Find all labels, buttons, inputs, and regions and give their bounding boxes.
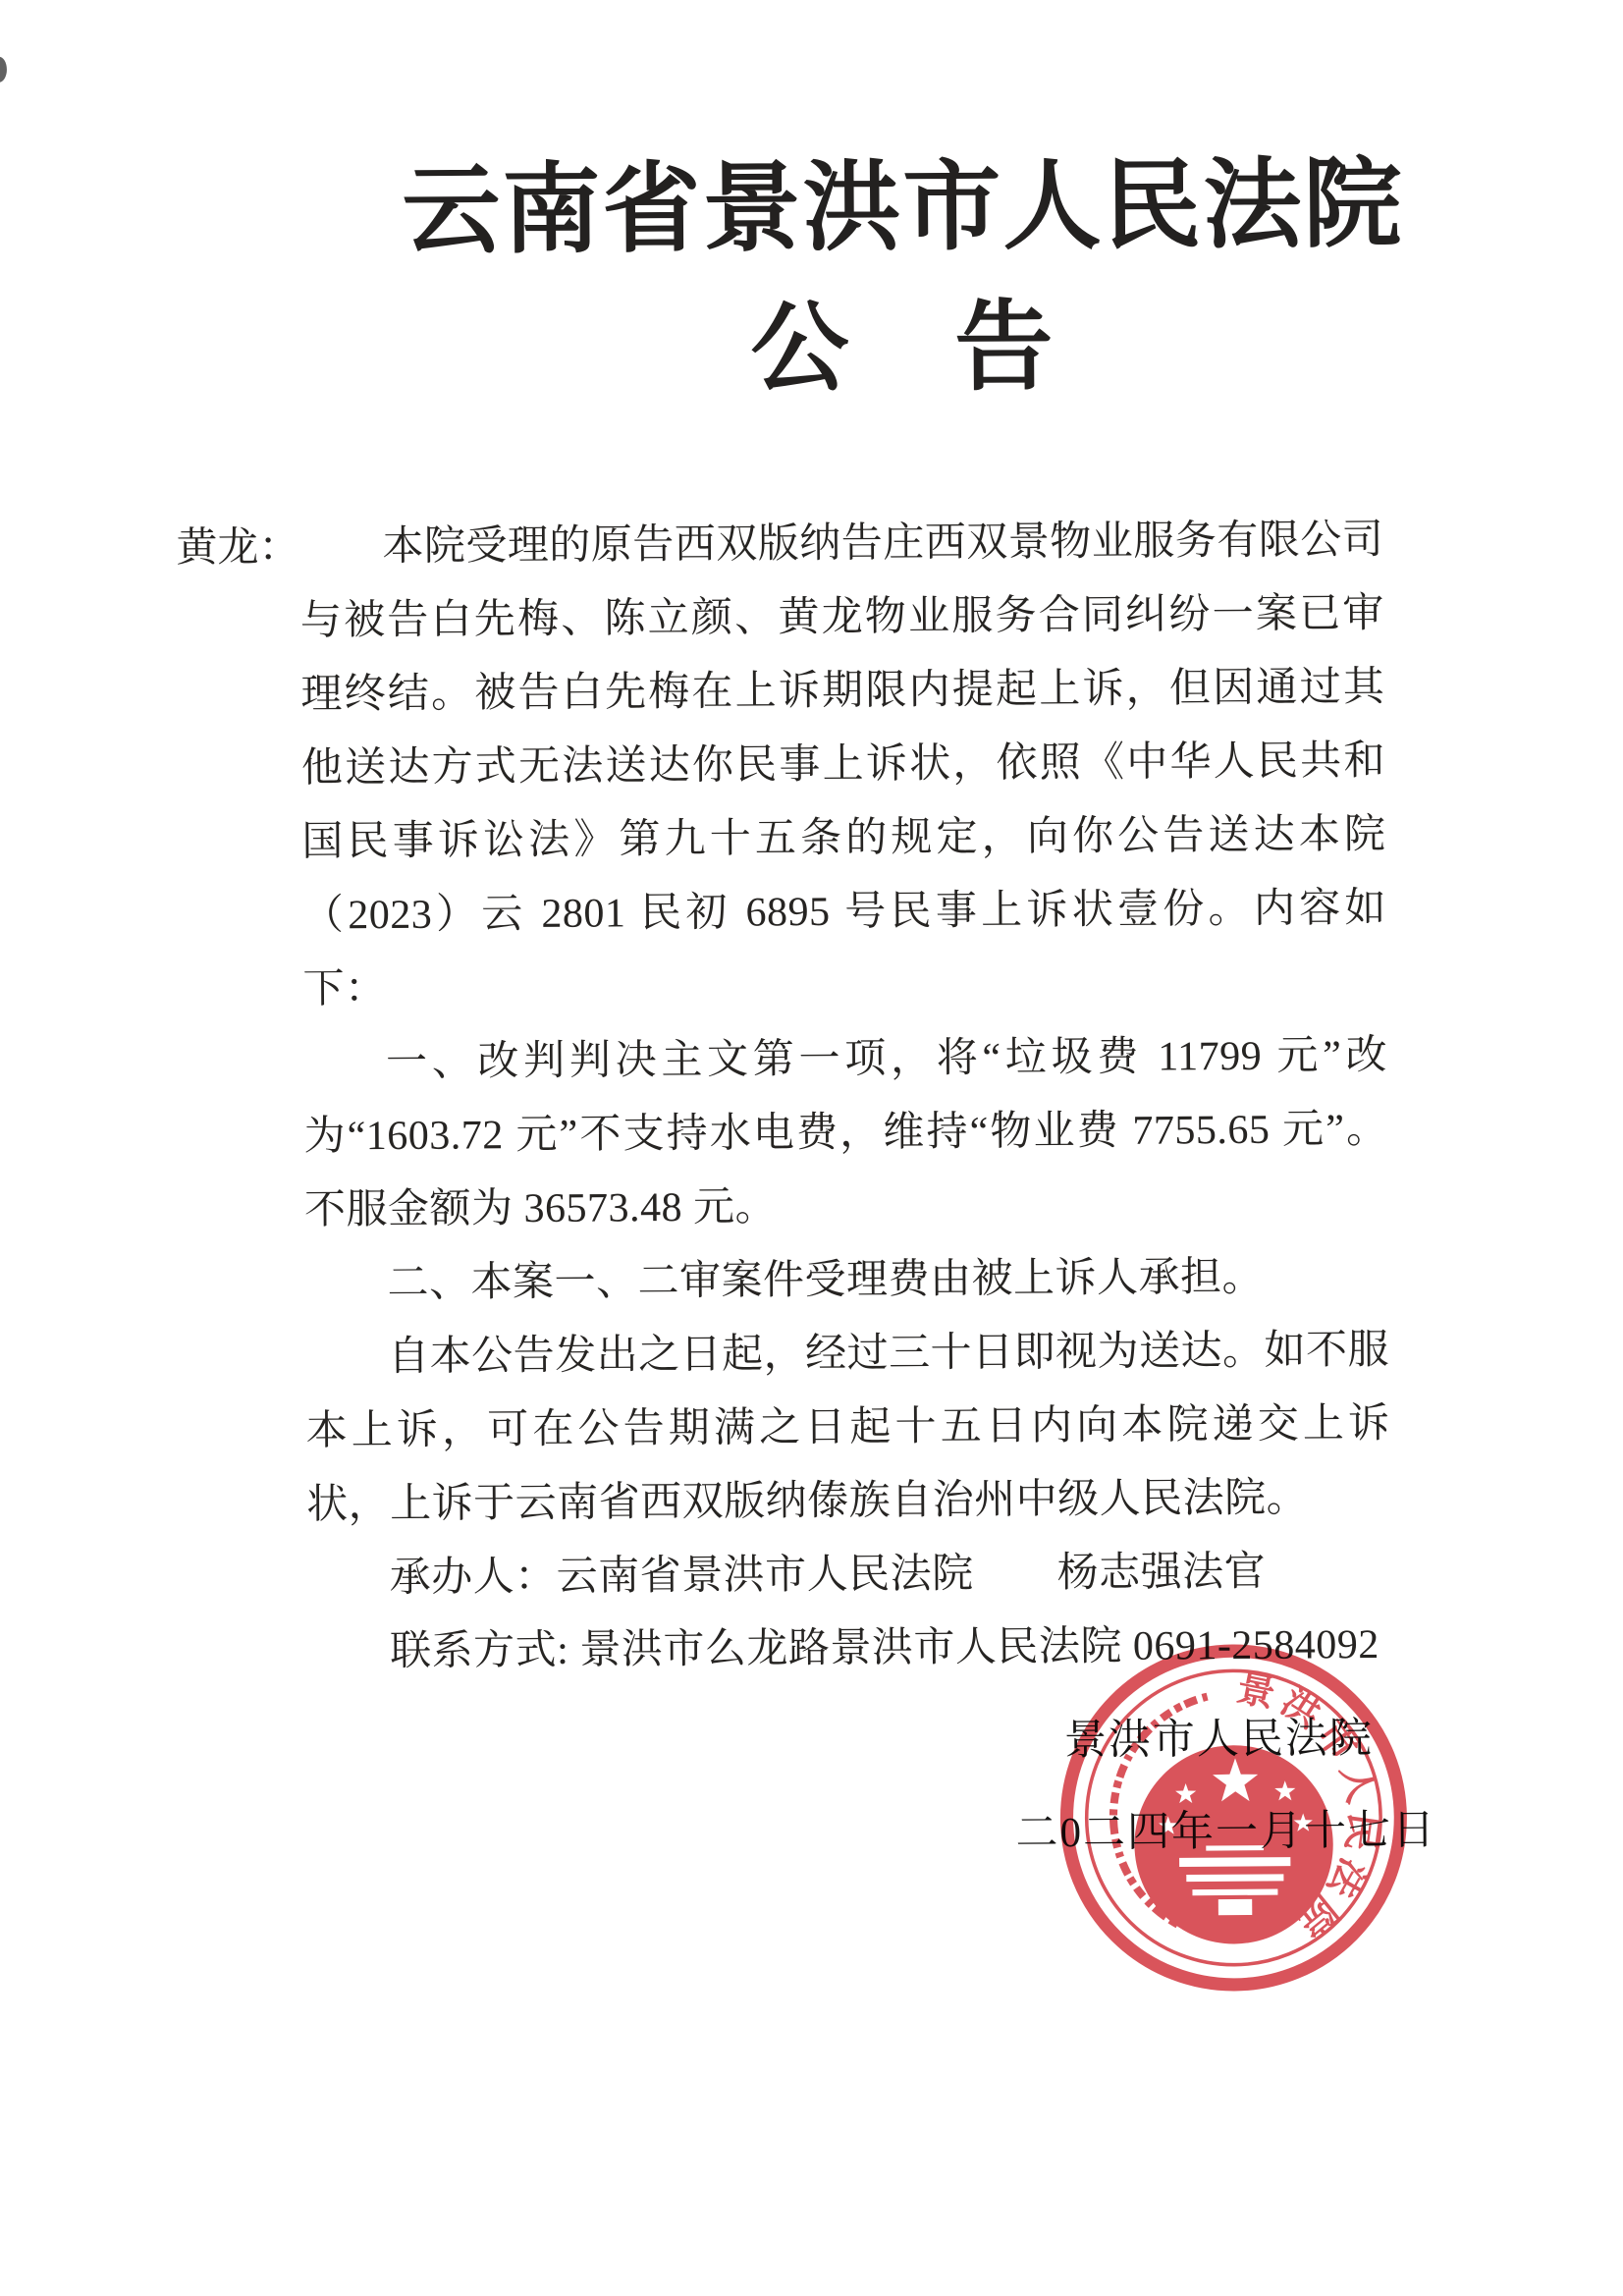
- scanned-court-announcement: { "document": { "title_line1": "云南省景洪市人民…: [0, 0, 1623, 2296]
- document-title: 云南省景洪市人民法院 公 告: [189, 130, 1617, 419]
- announcement-body: 本院受理的原告西双版纳告庄西双景物业服务有限公司与被告白先梅、陈立颜、黄龙物业服…: [299, 504, 1391, 1690]
- page-title-court: 云南省景洪市人民法院: [189, 130, 1616, 287]
- body-paragraph: 二、本案一、二审案件受理费由被上诉人承担。: [304, 1240, 1388, 1322]
- page-title-notice: 公 告: [189, 277, 1617, 419]
- body-paragraph: 一、改判判决主文第一项，将“垃圾费 11799 元”改为“1603.72 元”不…: [303, 1019, 1389, 1248]
- body-paragraph: 本院受理的原告西双版纳告庄西双景物业服务有限公司与被告白先梅、陈立颜、黄龙物业服…: [299, 504, 1387, 1027]
- national-emblem-icon: [1134, 1744, 1334, 1944]
- body-paragraph-undertaker: 承办人：云南省景洪市人民法院 杨志强法官: [306, 1535, 1390, 1616]
- scan-smudge: [0, 57, 7, 82]
- court-seal: 景洪市人民法院: [1057, 1642, 1409, 1994]
- page: 云南省景洪市人民法院 公 告 黄龙： 本院受理的原告西双版纳告庄西双景物业服务有…: [0, 0, 1623, 2296]
- body-paragraph: 自本公告发出之日起，经过三十日即视为送达。如不服本上诉，可在公告期满之日起十五日…: [305, 1314, 1391, 1543]
